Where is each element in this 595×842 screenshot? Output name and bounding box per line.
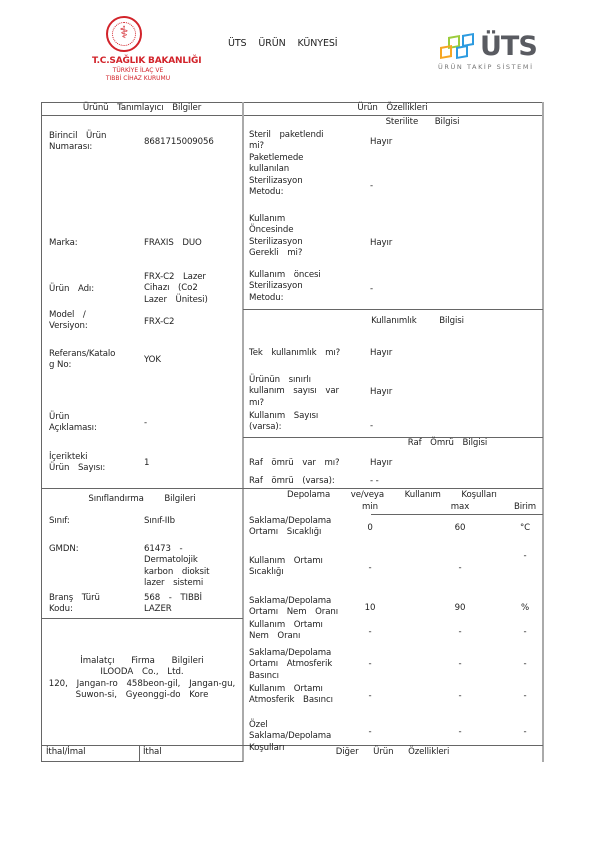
condition-max: 90 xyxy=(440,603,480,614)
shelf-life-value-duration: - - xyxy=(370,476,379,487)
condition-unit: - xyxy=(505,659,545,670)
field-label-class: Sınıf: xyxy=(49,516,70,527)
condition-max: - xyxy=(440,563,480,574)
field-value-quantity: 1 xyxy=(144,458,149,469)
condition-max: - xyxy=(440,727,480,738)
conditions-col-unit: Birim xyxy=(505,502,545,513)
sterility-label-packaged: Steril paketlendi mi? xyxy=(249,130,337,153)
cube-blue-2-icon xyxy=(456,45,468,59)
condition-label: Kullanım Ortamı Sıcaklığı xyxy=(249,556,345,579)
field-label-quantity: İçerikteki Ürün Sayısı: xyxy=(49,452,111,475)
field-value-reference: YOK xyxy=(144,355,161,366)
field-label-gmdn: GMDN: xyxy=(49,544,79,555)
uts-logo-subtitle: ÜRÜN TAKİP SİSTEMİ xyxy=(438,63,534,71)
field-label-reference: Referans/Katalog No: xyxy=(49,349,117,372)
condition-min: 10 xyxy=(350,603,390,614)
classification-section-title: Sınıflandırma Bilgileri xyxy=(42,494,242,505)
properties-section-title: Ürün Özellikleri xyxy=(243,103,542,114)
field-label-product-name: Ürün Adı: xyxy=(49,284,94,295)
sterility-value-method: - xyxy=(370,284,373,295)
condition-label: Kullanım Ortamı Nem Oranı xyxy=(249,620,345,643)
sterility-label-pack-method: Paketlemede kullanılan Sterilizasyon Met… xyxy=(249,153,319,198)
condition-min: - xyxy=(350,627,390,638)
ministry-name: T.C.SAĞLIK BAKANLIĞI xyxy=(92,56,184,66)
usage-value-single-use: Hayır xyxy=(370,348,392,359)
conditions-col-min: min xyxy=(350,502,390,513)
manufacturer-name: ILOODA Co., Ltd. xyxy=(44,667,240,678)
field-value-class: Sınıf-IIb xyxy=(144,516,175,527)
sterility-label-method: Kullanım öncesi Sterilizasyon Metodu: xyxy=(249,270,337,304)
field-value-primary-number: 8681715009056 xyxy=(144,137,214,148)
manufacturer-section-title: İmalatçı Firma Bilgileri xyxy=(44,656,240,667)
condition-label: Saklama/Depolama Ortamı Atmosferik Basın… xyxy=(249,648,345,682)
condition-min: - xyxy=(350,727,390,738)
uts-logo: ÜTS ÜRÜN TAKİP SİSTEMİ xyxy=(436,30,548,76)
import-label: İthal/İmal xyxy=(46,747,85,758)
other-properties-title: Diğer Ürün Özellikleri xyxy=(243,747,542,758)
agency-line-1: TÜRKİYE İLAÇ VE xyxy=(92,67,184,75)
condition-max: - xyxy=(440,627,480,638)
manufacturer-block: İmalatçı Firma Bilgileri ILOODA Co., Ltd… xyxy=(44,656,240,701)
shelf-life-label-duration: Raf ömrü (varsa): xyxy=(249,476,335,487)
condition-label: Kullanım Ortamı Atmosferik Basıncı xyxy=(249,684,345,707)
condition-min: - xyxy=(350,691,390,702)
condition-max: 60 xyxy=(440,523,480,534)
agency-line-2: TIBBİ CİHAZ KURUMU xyxy=(92,75,184,83)
agency-name: TÜRKİYE İLAÇ VE TIBBİ CİHAZ KURUMU xyxy=(92,67,184,82)
sterility-title: Sterilite Bilgisi xyxy=(243,117,542,128)
usage-value-limited: Hayır xyxy=(370,387,392,398)
condition-min: - xyxy=(350,563,390,574)
usage-label-single-use: Tek kullanımlık mı? xyxy=(249,348,340,359)
field-label-model: Model / Versiyon: xyxy=(49,310,111,333)
condition-unit: - xyxy=(505,691,545,702)
condition-unit: - xyxy=(505,551,545,562)
ministry-emblem-icon xyxy=(106,16,142,52)
shelf-life-title: Raf Ömrü Bilgisi xyxy=(243,438,542,449)
field-label-primary-number: Birincil Ürün Numarası: xyxy=(49,131,117,154)
field-value-description: - xyxy=(144,418,147,429)
conditions-col-max: max xyxy=(440,502,480,513)
usage-value-count: - xyxy=(370,421,373,432)
usage-title: Kullanımlık Bilgisi xyxy=(243,316,542,327)
sterility-label-required: Kullanım Öncesinde Sterilizasyon Gerekli… xyxy=(249,214,313,259)
sterility-value-pack-method: - xyxy=(370,181,373,192)
field-value-brand: FRAXIS DUO xyxy=(144,238,202,249)
manufacturer-address: 120, Jangan-ro 458beon-gil, Jangan-gu, S… xyxy=(44,679,240,702)
sterility-value-packaged: Hayır xyxy=(370,137,392,148)
condition-unit: - xyxy=(505,627,545,638)
condition-unit: - xyxy=(505,727,545,738)
condition-min: 0 xyxy=(350,523,390,534)
document-title: ÜTS ÜRÜN KÜNYESİ xyxy=(228,38,338,49)
import-value: İthal xyxy=(143,747,162,758)
usage-label-count: Kullanım Sayısı (varsa): xyxy=(249,411,337,434)
field-value-model: FRX-C2 xyxy=(144,317,174,328)
condition-max: - xyxy=(440,659,480,670)
condition-unit: °C xyxy=(505,523,545,534)
field-value-gmdn: 61473 - Dermatolojik karbon dioksit laze… xyxy=(144,544,222,589)
field-value-branch-code: 568 - TIBBİ LAZER xyxy=(144,593,220,616)
field-label-brand: Marka: xyxy=(49,238,78,249)
condition-unit: % xyxy=(505,603,545,614)
condition-max: - xyxy=(440,691,480,702)
identification-section-title: Ürünü Tanımlayıcı Bilgiler xyxy=(42,103,242,114)
field-label-branch-code: Branş Türü Kodu: xyxy=(49,593,113,616)
condition-label: Saklama/Depolama Ortamı Sıcaklığı xyxy=(249,516,345,539)
condition-label: Saklama/Depolama Ortamı Nem Oranı xyxy=(249,596,345,619)
conditions-title: Depolama ve/veya Kullanım Koşulları xyxy=(287,490,497,501)
field-label-description: Ürün Açıklaması: xyxy=(49,412,109,435)
sterility-value-required: Hayır xyxy=(370,238,392,249)
condition-min: - xyxy=(350,659,390,670)
cube-orange-icon xyxy=(440,45,452,59)
field-value-product-name: FRX-C2 Lazer Cihazı (Co2 Lazer Ünitesi) xyxy=(144,272,220,306)
uts-logo-text: ÜTS xyxy=(480,32,537,62)
shelf-life-label-has: Raf ömrü var mı? xyxy=(249,458,339,469)
shelf-life-value-has: Hayır xyxy=(370,458,392,469)
usage-label-limited: Ürünün sınırlı kullanım sayısı var mı? xyxy=(249,375,349,409)
